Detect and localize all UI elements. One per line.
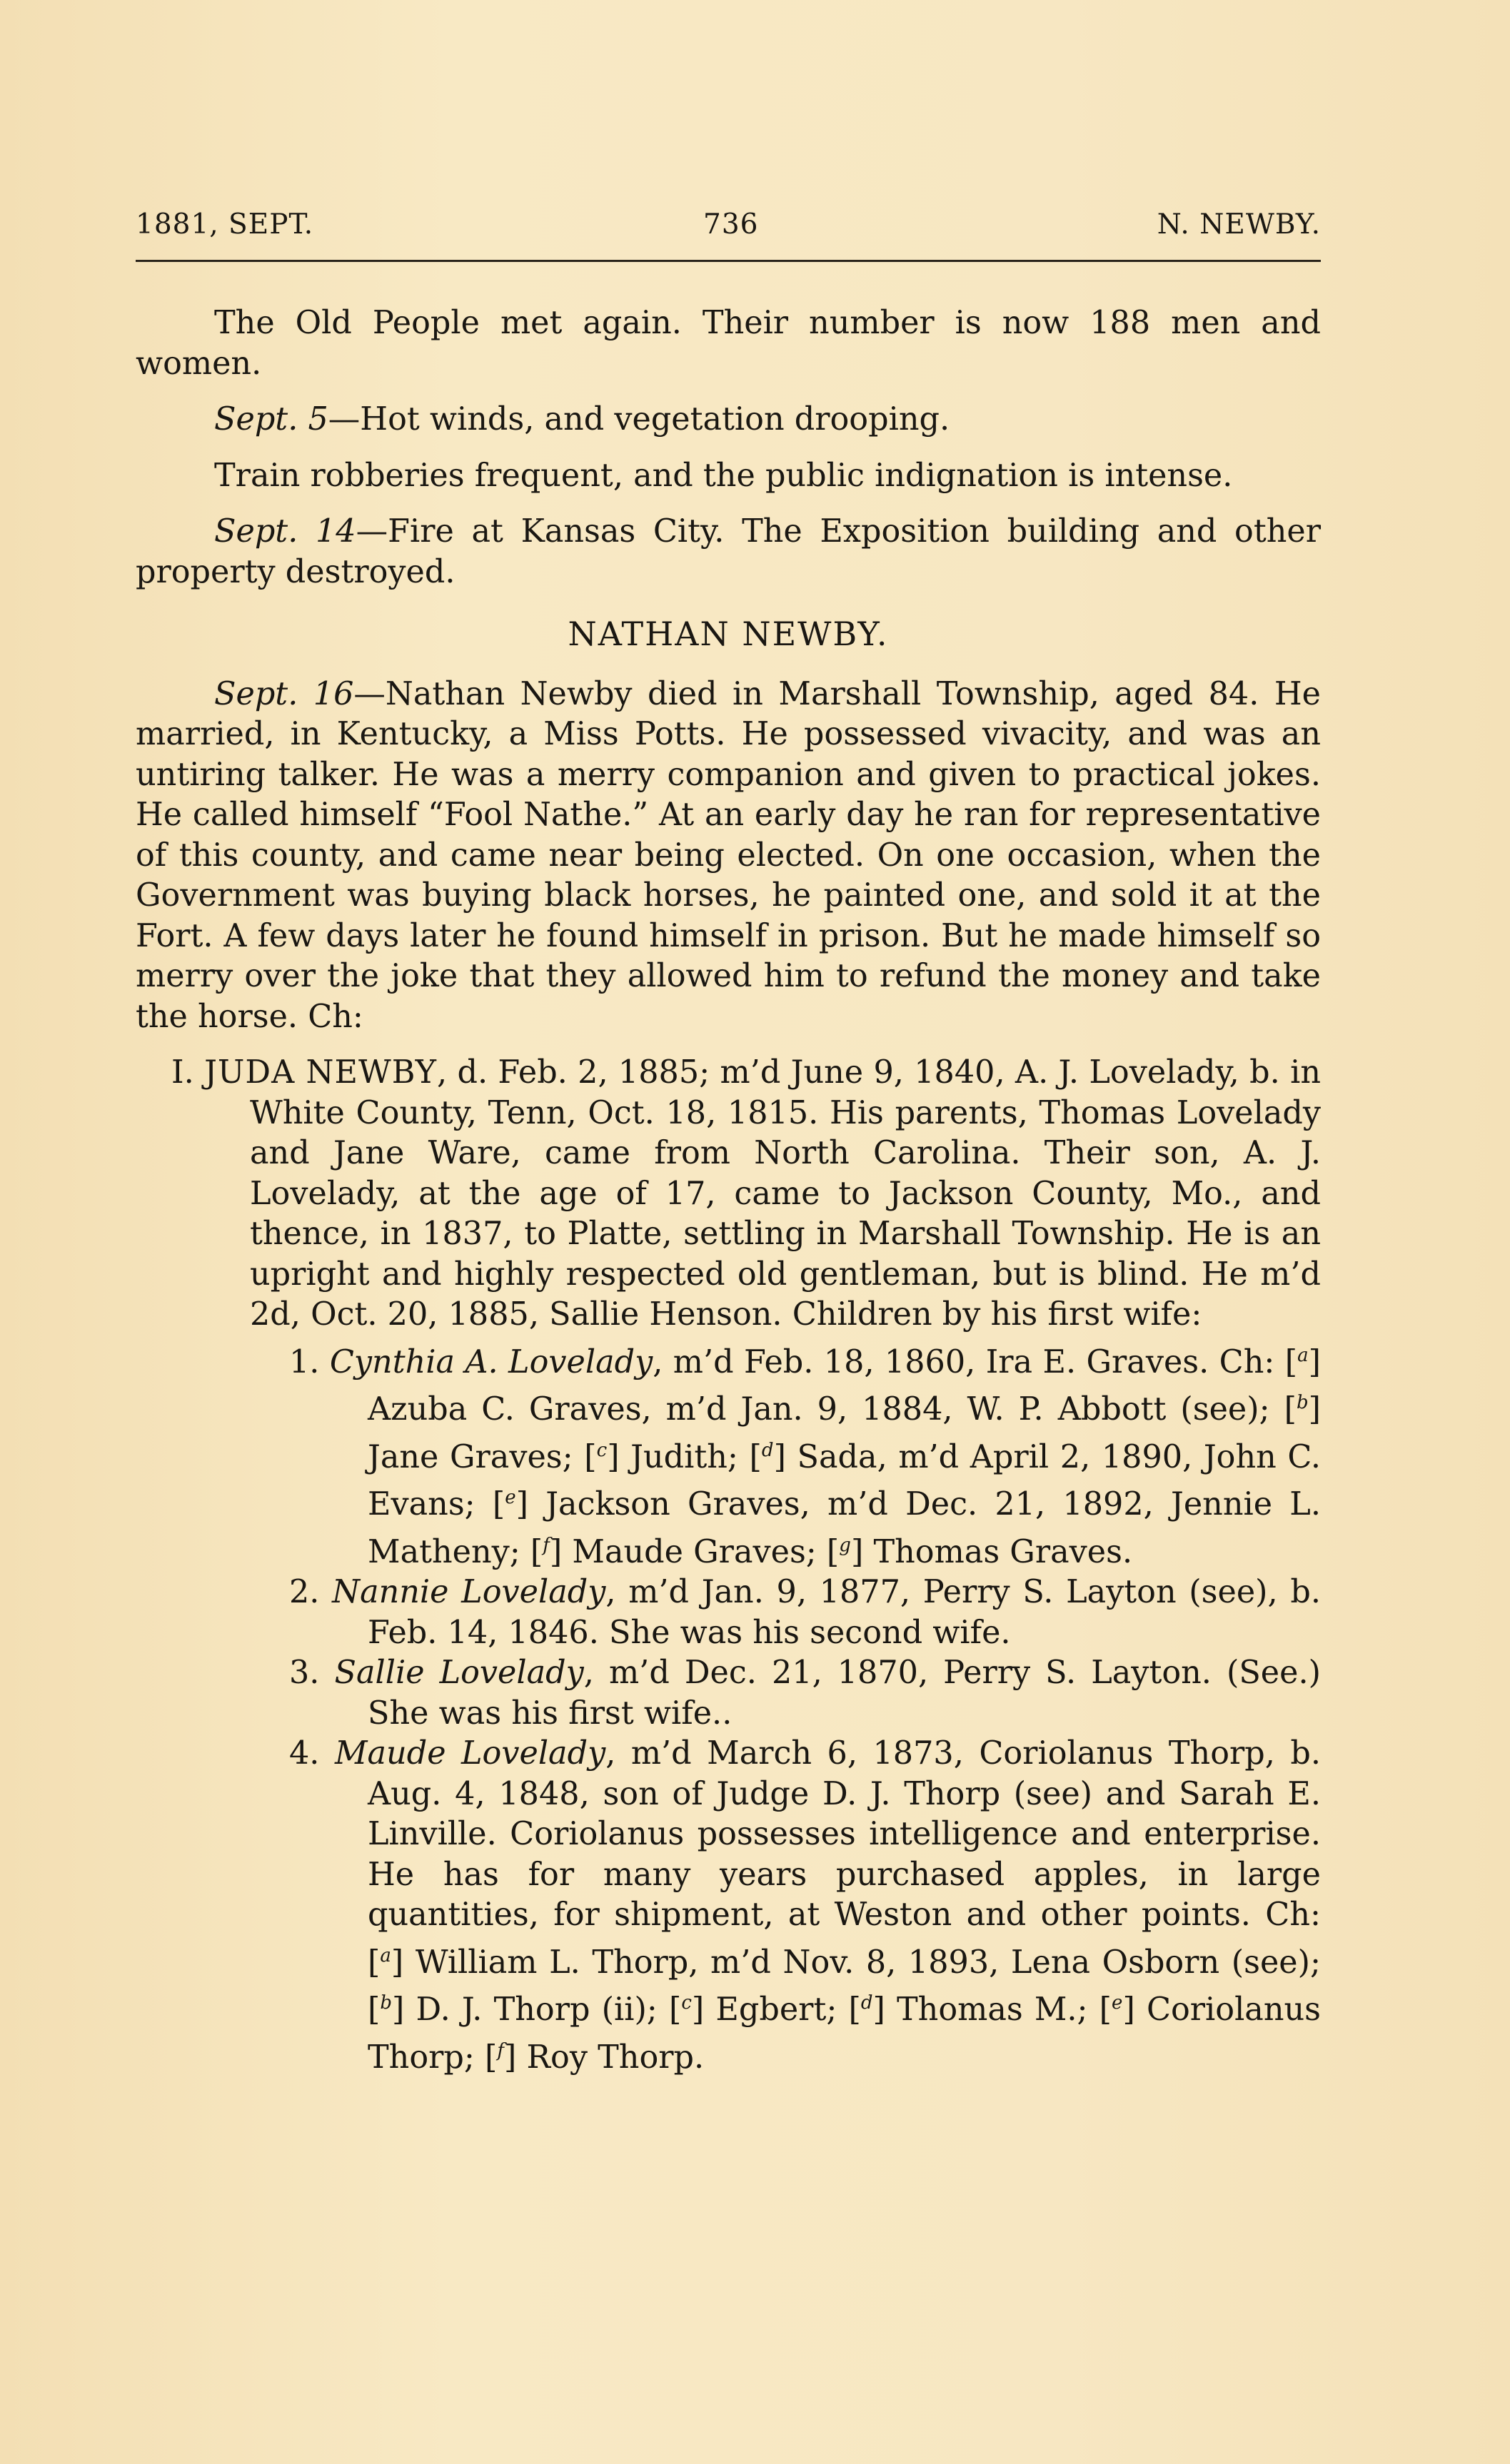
paragraph-old-people: The Old People met again. Their number i… xyxy=(136,303,1321,384)
header-rule-divider xyxy=(136,260,1321,262)
section-heading: NATHAN NEWBY. xyxy=(136,614,1321,655)
paragraph-sept-5: Sept. 5—Hot winds, and vegetation droopi… xyxy=(136,400,1321,440)
running-head-subject: N. NEWBY. xyxy=(1157,208,1321,241)
entry-date: Sept. 16 xyxy=(214,676,353,712)
entry-date: Sept. 5 xyxy=(214,401,328,438)
entry-name: Sallie Lovelady xyxy=(335,1655,584,1691)
running-head-date: 1881, SEPT. xyxy=(136,208,313,241)
page-number: 736 xyxy=(703,208,758,241)
entry-name: Cynthia A. Lovelady xyxy=(330,1344,653,1380)
entry-date: Sept. 14 xyxy=(214,513,356,550)
paragraph-train-robberies: Train robberies frequent, and the public… xyxy=(136,456,1321,497)
child-entry-juda-newby: I. JUDA NEWBY, d. Feb. 2, 1885; m’d June… xyxy=(136,1053,1321,1335)
running-head: 1881, SEPT. 736 N. NEWBY. xyxy=(136,208,1321,244)
entry-numeral: I. xyxy=(171,1054,194,1091)
entry-name: Nannie Lovelady xyxy=(332,1574,605,1610)
grandchild-entry-nannie: 2. Nannie Lovelady, m’d Jan. 9, 1877, Pe… xyxy=(136,1572,1321,1653)
grandchild-entry-cynthia: 1. Cynthia A. Lovelady, m’d Feb. 18, 186… xyxy=(136,1335,1321,1573)
grandchild-entry-maude: 4. Maude Lovelady, m’d March 6, 1873, Co… xyxy=(136,1734,1321,2078)
page-body: The Old People met again. Their number i… xyxy=(136,303,1321,2078)
paragraph-nathan-newby: Sept. 16—Nathan Newby died in Marshall T… xyxy=(136,675,1321,1038)
entry-name: Maude Lovelady xyxy=(335,1735,605,1772)
grandchild-entry-sallie: 3. Sallie Lovelady, m’d Dec. 21, 1870, P… xyxy=(136,1653,1321,1734)
paragraph-sept-14: Sept. 14—Fire at Kansas City. The Exposi… xyxy=(136,512,1321,592)
entry-name: JUDA NEWBY xyxy=(204,1054,437,1091)
